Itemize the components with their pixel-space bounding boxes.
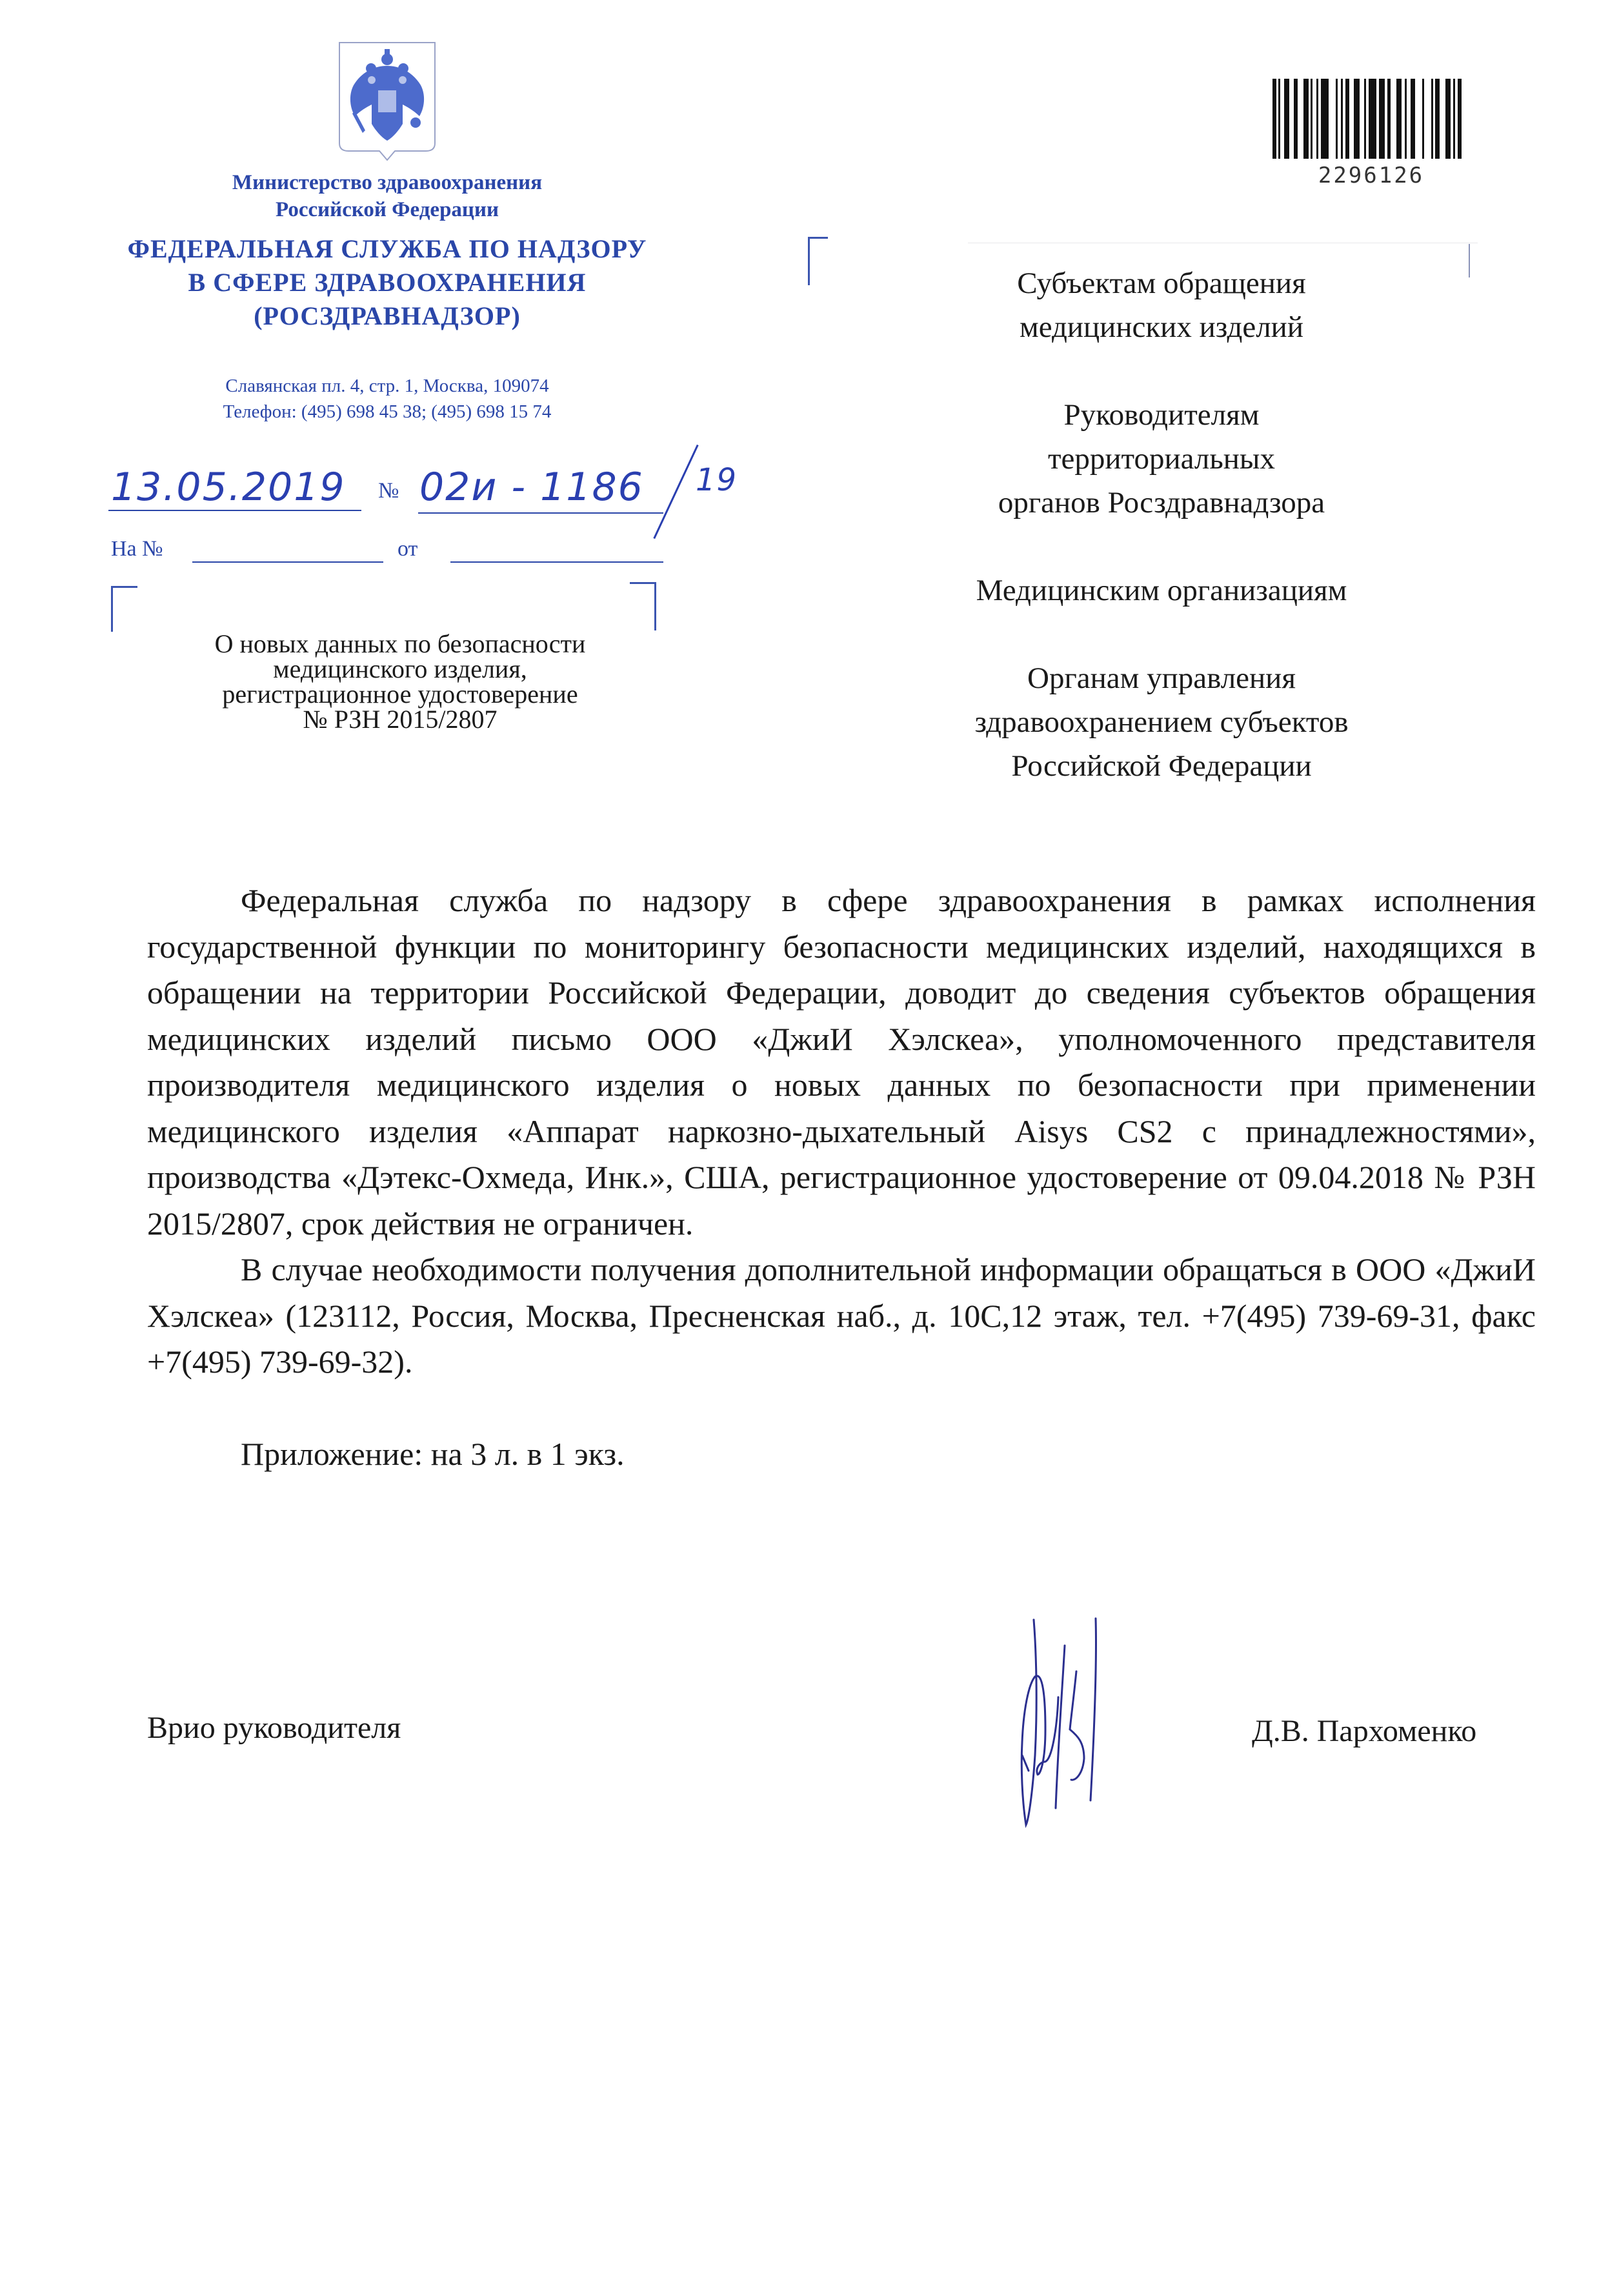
recipient-bracket-left <box>808 237 828 285</box>
subject-line: медицинского изделия, <box>155 656 645 681</box>
number-underline <box>418 512 663 514</box>
recipient-line: органов Росздравнадзора <box>903 481 1420 525</box>
agency-line: ФЕДЕРАЛЬНАЯ СЛУЖБА ПО НАДЗОРУ <box>97 232 678 266</box>
number-slash <box>653 445 698 539</box>
letter-subject: О новых данных по безопасности медицинск… <box>155 631 645 732</box>
barcode-icon <box>1271 79 1465 163</box>
russian-coat-of-arms-icon <box>336 40 439 163</box>
subject-line: О новых данных по безопасности <box>155 631 645 656</box>
subject-bracket-left <box>111 586 137 632</box>
body-paragraph: В случае необходимости получения дополни… <box>147 1247 1536 1385</box>
recipient-line: Российской Федерации <box>903 744 1420 788</box>
subject-line: № РЗН 2015/2807 <box>155 707 645 732</box>
letter-body: Федеральная служба по надзору в сфере зд… <box>147 878 1536 1477</box>
subject-bracket-right <box>630 582 656 630</box>
coat-of-arms-emblem <box>336 40 439 163</box>
registration-block: 13.05.2019 № 02и - 1186 19 На № от <box>108 465 741 568</box>
signature-icon <box>981 1600 1174 1846</box>
barcode-label-edge <box>968 243 1478 243</box>
recipient-group: Субъектам обращения медицинских изделий <box>903 261 1420 349</box>
agency-line: В СФЕРЕ ЗДРАВООХРАНЕНИЯ <box>97 266 678 299</box>
recipient-line: Руководителям <box>903 393 1420 437</box>
registration-number: 02и - 1186 <box>419 465 644 510</box>
recipient-line: Органам управления <box>903 656 1420 700</box>
subject-line: регистрационное удостоверение <box>155 681 645 707</box>
ministry-line: Российской Федерации <box>116 196 658 223</box>
agency-address: Славянская пл. 4, стр. 1, Москва, 109074… <box>116 373 658 425</box>
ministry-name: Министерство здравоохранения Российской … <box>116 169 658 223</box>
number-label: № <box>378 479 399 503</box>
reply-to-date-field <box>450 561 663 563</box>
phone-line: Телефон: (495) 698 45 38; (495) 698 15 7… <box>116 399 658 425</box>
recipient-bracket-right <box>1469 244 1470 277</box>
recipient-line: медицинских изделий <box>903 305 1420 349</box>
attachment-note: Приложение: на 3 л. в 1 экз. <box>147 1431 1536 1478</box>
recipient-line: здравоохранением субъектов <box>903 700 1420 744</box>
agency-line: (РОСЗДРАВНАДЗОР) <box>97 299 678 333</box>
ministry-line: Министерство здравоохранения <box>116 169 658 196</box>
reply-to-label: На № <box>111 537 163 561</box>
document-barcode <box>1271 79 1465 163</box>
from-label: от <box>397 537 417 561</box>
agency-name: ФЕДЕРАЛЬНАЯ СЛУЖБА ПО НАДЗОРУ В СФЕРЕ ЗД… <box>97 232 678 333</box>
signer-title: Врио руководителя <box>147 1710 401 1746</box>
recipient-line: территориальных <box>903 437 1420 481</box>
registration-number-suffix: 19 <box>696 462 738 498</box>
recipient-group: Органам управления здравоохранением субъ… <box>903 656 1420 788</box>
recipients-block: Субъектам обращения медицинских изделий … <box>903 261 1420 832</box>
registration-date: 13.05.2019 <box>111 465 346 510</box>
recipient-group: Руководителям территориальных органов Ро… <box>903 393 1420 525</box>
recipient-line: Субъектам обращения <box>903 261 1420 305</box>
recipient-line: Медицинским организациям <box>903 569 1420 612</box>
recipient-group: Медицинским организациям <box>903 569 1420 612</box>
body-paragraph: Федеральная служба по надзору в сфере зд… <box>147 878 1536 1247</box>
signer-name: Д.В. Пархоменко <box>1252 1713 1476 1749</box>
date-underline <box>108 510 361 511</box>
address-line: Славянская пл. 4, стр. 1, Москва, 109074 <box>116 373 658 399</box>
barcode-number: 2296126 <box>1297 163 1445 188</box>
reply-to-number-field <box>192 561 383 563</box>
handwritten-signature <box>981 1600 1174 1846</box>
